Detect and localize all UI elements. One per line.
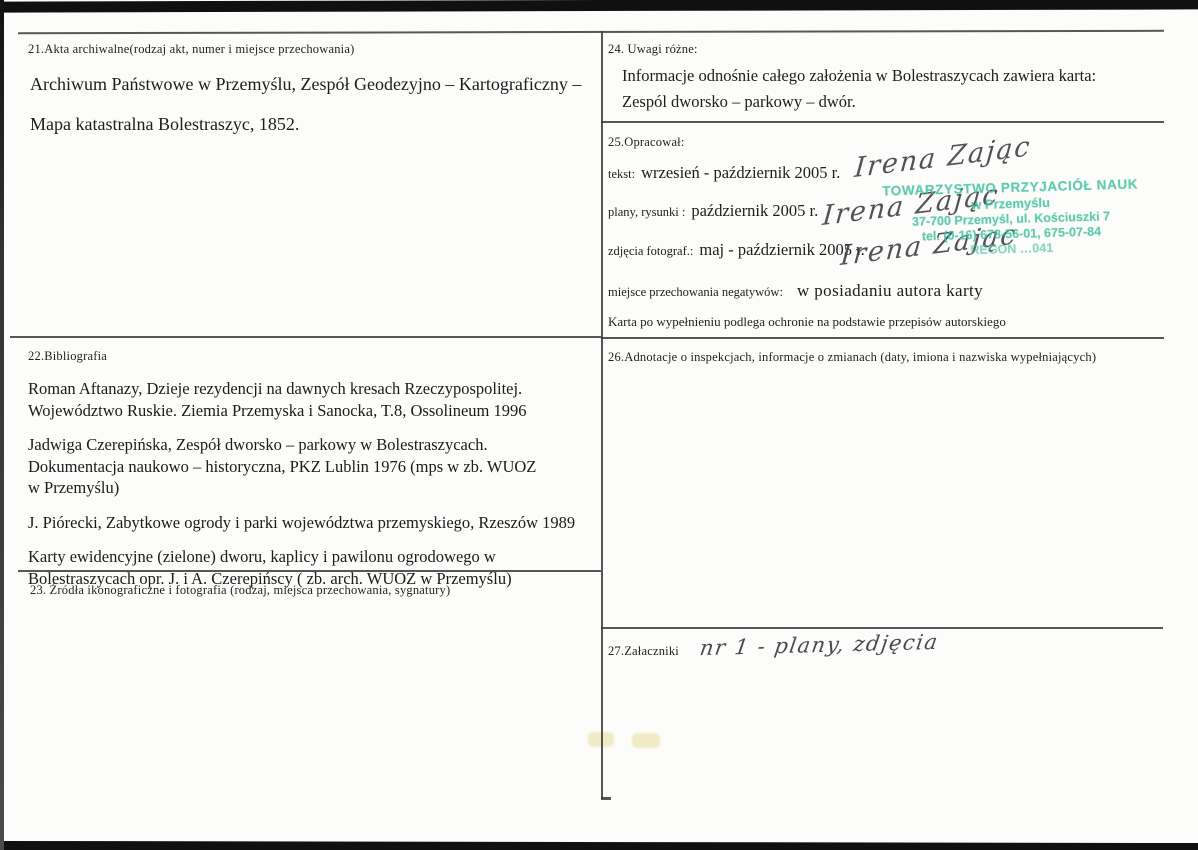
opracowal-row-plany: plany, rysunki :październik 2005 r. [608, 201, 818, 221]
rule-between-24-25 [601, 121, 1164, 123]
field-26-label: 26.Adnotacje o inspekcjach, informacje o… [608, 350, 1096, 365]
row-label: miejsce przechowania negatywów: [608, 285, 783, 299]
scan-edge-top [0, 0, 1198, 13]
bibliography-entry: Roman Aftanazy, Dzieje rezydencji na daw… [28, 378, 613, 421]
field-21-value: Archiwum Państwowe w Przemyślu, Zespół G… [30, 64, 600, 144]
signature-handwriting: Irena Zając [839, 219, 1019, 272]
scan-edge-left [0, 0, 4, 850]
rule-between-25-26 [601, 337, 1164, 339]
row-label: tekst: [608, 167, 635, 181]
bibliography-list: Roman Aftanazy, Dzieje rezydencji na daw… [28, 378, 613, 602]
field-21-label: 21.Akta archiwalne(rodzaj akt, numer i m… [28, 42, 354, 57]
rule-between-26-27 [601, 627, 1163, 629]
bibliography-entry: J. Piórecki, Zabytkowe ogrody i parki wo… [28, 512, 613, 534]
negatives-row: miejsce przechowania negatywów:w posiada… [608, 281, 983, 301]
row-value: październik 2005 r. [691, 201, 818, 220]
row-label: plany, rysunki : [608, 205, 685, 219]
scan-smudge [632, 733, 660, 748]
field-23-label: 23. Źródła ikonograficzne i fotografia (… [30, 583, 450, 598]
signature-handwriting: Irena Zając [853, 131, 1033, 184]
row-value: w posiadaniu autora karty [797, 281, 983, 300]
opracowal-row-zdjecia: zdjęcia fotograf.:maj - październik 2005… [608, 240, 865, 260]
form-border-top [18, 30, 1164, 34]
row-label: zdjęcia fotograf.: [608, 244, 693, 258]
attachments-handwriting: nr 1 - plany, zdjęcia [698, 630, 940, 660]
field-25-label: 25.Opracował: [608, 135, 685, 150]
rule-between-21-22 [10, 336, 601, 338]
copyright-note: Karta po wypełnieniu podlega ochronie na… [608, 314, 1006, 330]
opracowal-row-tekst: tekst:wrzesień - październik 2005 r. [608, 163, 840, 183]
field-27-label: 27.Załaczniki [608, 644, 679, 659]
bibliography-entry: Jadwiga Czerepińska, Zespół dworsko – pa… [28, 434, 613, 499]
column-divider-foot [601, 797, 611, 800]
row-value: wrzesień - październik 2005 r. [641, 163, 840, 182]
scan-edge-bottom [0, 841, 1198, 850]
heritage-record-card-page: 21.Akta archiwalne(rodzaj akt, numer i m… [0, 0, 1198, 850]
field-24-label: 24. Uwagi różne: [608, 42, 698, 57]
field-24-value: Informacje odnośnie całego założenia w B… [622, 63, 1162, 115]
field-22-label: 22.Bibliografia [28, 349, 107, 364]
